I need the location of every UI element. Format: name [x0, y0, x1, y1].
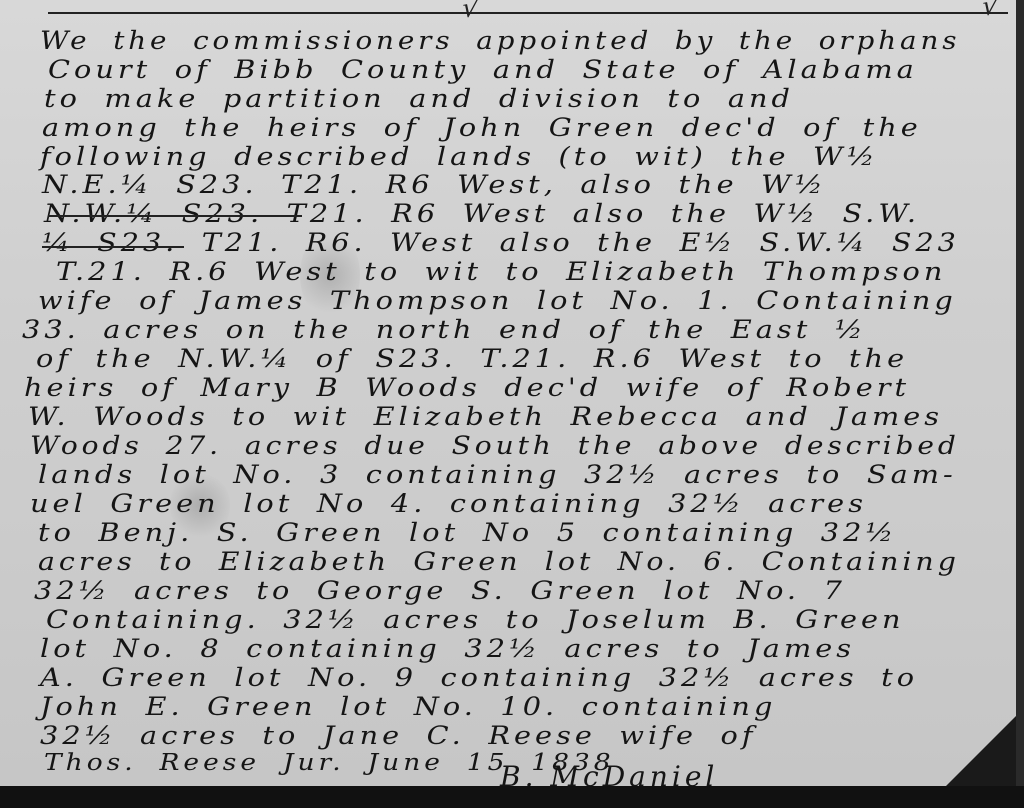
text-line-16: lands lot No. 3 containing 32½ acres to …	[38, 460, 957, 489]
check-mark-icon: √	[460, 0, 481, 25]
text-line-6: N.E.¼ S23. T21. R6 West, also the W½	[42, 170, 827, 199]
scan-edge-bottom	[0, 786, 1024, 808]
text-line-20: 32½ acres to George S. Green lot No. 7	[34, 576, 846, 605]
text-line-1: We the commissioners appointed by the or…	[40, 26, 960, 55]
text-line-14: W. Woods to wit Elizabeth Rebecca and Ja…	[28, 402, 943, 431]
text-line-18: to Benj. S. Green lot No 5 containing 32…	[38, 518, 897, 547]
text-line-19: acres to Elizabeth Green lot No. 6. Cont…	[38, 547, 960, 576]
text-line-5: following described lands (to wit) the W…	[40, 142, 879, 171]
text-line-17: uel Green lot No 4. containing 32½ acres	[30, 489, 867, 518]
check-mark-icon: √	[980, 0, 1001, 23]
text-line-7: N.W.¼ S23. T21. R6 West also the W½ S.W.	[44, 199, 920, 228]
scan-edge-right	[1016, 0, 1024, 808]
text-line-21: Containing. 32½ acres to Joselum B. Gree…	[46, 605, 905, 634]
text-line-8: ¼ S23. T21. R6. West also the E½ S.W.¼ S…	[42, 228, 960, 257]
text-line-15: Woods 27. acres due South the above desc…	[30, 431, 960, 460]
text-line-22: lot No. 8 containing 32½ acres to James	[40, 634, 855, 663]
text-line-25: 32½ acres to Jane C. Reese wife of	[40, 721, 757, 750]
text-line-3: to make partition and division to and	[44, 84, 794, 113]
underline-mark	[42, 246, 184, 248]
top-rule-divider	[48, 12, 1008, 14]
text-line-12: of the N.W.¼ of S23. T.21. R.6 West to t…	[36, 344, 908, 373]
text-line-9: T.21. R.6 West to wit to Elizabeth Thomp…	[56, 257, 946, 286]
text-line-23: A. Green lot No. 9 containing 32½ acres …	[40, 663, 918, 692]
text-line-4: among the heirs of John Green dec'd of t…	[42, 113, 922, 142]
text-line-2: Court of Bibb County and State of Alabam…	[48, 55, 918, 84]
text-line-10: wife of James Thompson lot No. 1. Contai…	[38, 286, 957, 315]
text-line-24: John E. Green lot No. 10. containing	[40, 692, 776, 721]
signature: B. McDaniel	[500, 760, 718, 786]
text-line-13: heirs of Mary B Woods dec'd wife of Robe…	[24, 373, 910, 402]
text-line-11: 33. acres on the north end of the East ½	[22, 315, 867, 344]
document-page: √ √ We the commissioners appointed by th…	[0, 0, 1016, 786]
underline-mark	[48, 215, 302, 217]
